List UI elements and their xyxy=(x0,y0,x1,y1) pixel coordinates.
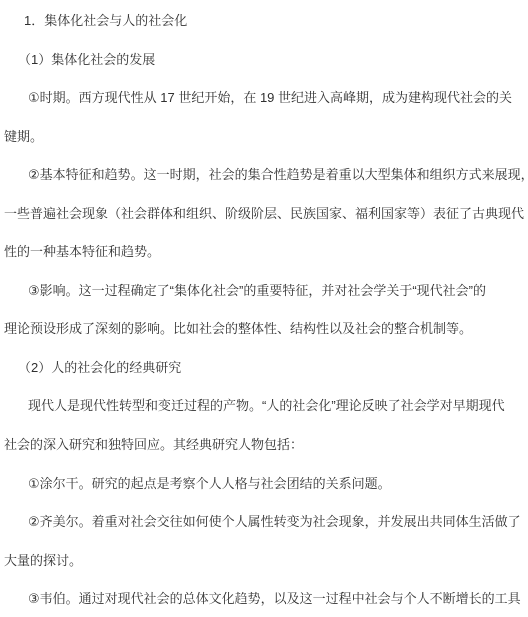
text-line: 现代人是现代性转型和变迁过程的产物。“人的社会化”理论反映了社会学对早期现代 xyxy=(4,387,524,426)
text-line: 大量的探讨。 xyxy=(4,542,524,581)
heading-numbered: 1．集体化社会与人的社会化 xyxy=(4,2,524,41)
text-line: 键期。 xyxy=(4,118,524,157)
text-line: ③韦伯。通过对现代社会的总体文化趋势，以及这一过程中社会与个人不断增长的工具 xyxy=(4,580,524,617)
text-line: ②基本特征和趋势。这一时期，社会的集合性趋势是着重以大型集体和组织方式来展现， xyxy=(4,156,524,195)
text-line: ②齐美尔。着重对社会交往如何使个人属性转变为社会现象，并发展出共同体生活做了 xyxy=(4,503,524,542)
subheading-paren: （2）人的社会化的经典研究 xyxy=(4,349,524,388)
text-line: ①时期。西方现代性从 17 世纪开始，在 19 世纪进入高峰期，成为建构现代社会… xyxy=(4,79,524,118)
text-line: 一些普遍社会现象（社会群体和组织、阶级阶层、民族国家、福利国家等）表征了古典现代 xyxy=(4,195,524,234)
text-line: 社会的深入研究和独特回应。其经典研究人物包括： xyxy=(4,426,524,465)
text-line: 理论预设形成了深刻的影响。比如社会的整体性、结构性以及社会的整合机制等。 xyxy=(4,310,524,349)
text-line: ③影响。这一过程确定了“集体化社会”的重要特征，并对社会学关于“现代社会”的 xyxy=(4,272,524,311)
subheading-paren: （1）集体化社会的发展 xyxy=(4,41,524,80)
text-line: 性的一种基本特征和趋势。 xyxy=(4,233,524,272)
text-line: ①涂尔干。研究的起点是考察个人人格与社会团结的关系问题。 xyxy=(4,465,524,504)
document-page: 1．集体化社会与人的社会化 （1）集体化社会的发展 ①时期。西方现代性从 17 … xyxy=(0,0,528,617)
